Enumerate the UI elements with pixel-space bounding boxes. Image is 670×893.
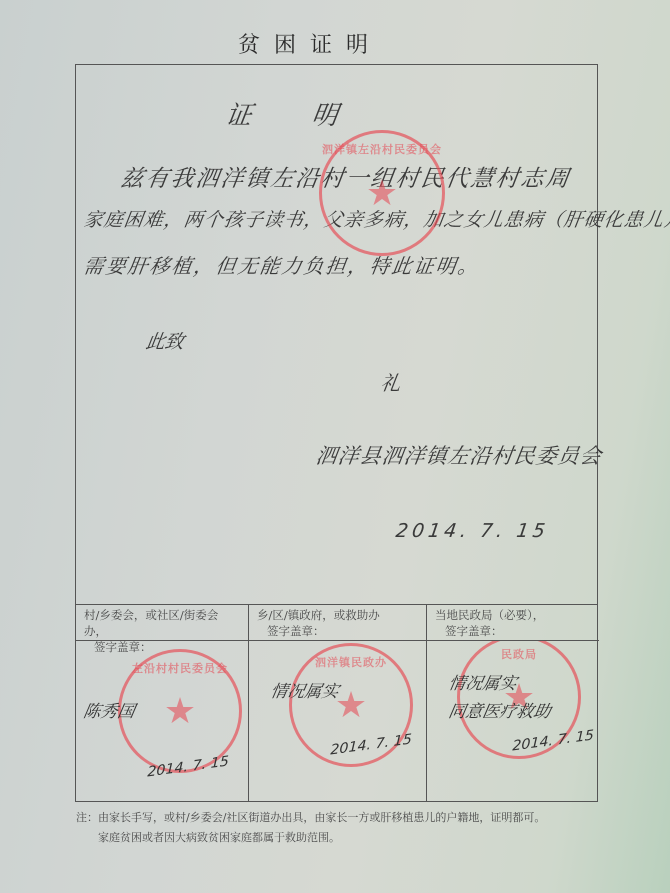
label-line-1: 村/乡委会，或社区/街委会办， <box>84 608 218 638</box>
footnote: 注：由家长手写，或村/乡委会/社区街道办出具，由家长一方或肝移植患儿的户籍地，证… <box>76 808 545 848</box>
document-title: 贫困证明 <box>0 28 620 59</box>
official-seal-main: 泗洋镇左沿村民委员会 ★ <box>319 130 445 256</box>
seal-text: 民政局 <box>460 646 578 662</box>
column-label: 村/乡委会，或社区/街委会办， 签字盖章： <box>76 605 248 641</box>
seal-text: 左沿村村民委员会 <box>121 660 239 676</box>
signature: 情况属实 <box>269 677 341 702</box>
column-label: 当地民政局（必要）， 签字盖章： <box>427 605 599 641</box>
signature: 陈秀国 <box>82 697 137 722</box>
signature-line-2: 同意医疗救助 <box>447 697 553 722</box>
footnote-line-2: 家庭贫困或者因大病致贫困家庭都属于救助范围。 <box>76 828 545 848</box>
signature-column-civil-affairs: 当地民政局（必要）， 签字盖章： 民政局 ★ 情况属实 同意医疗救助 2014.… <box>426 605 599 802</box>
seal-text: 泗洋镇民政办 <box>292 654 410 670</box>
star-icon: ★ <box>335 685 367 726</box>
handwritten-closing: 此致 <box>144 327 186 354</box>
handwritten-salutation: 礼 <box>379 367 403 396</box>
label-line-2: 签字盖章： <box>435 623 591 639</box>
handwritten-date: 2014. 7. 15 <box>394 520 550 542</box>
star-icon: ★ <box>366 173 398 214</box>
signature-column-town: 乡/区/镇政府，或救助办 签字盖章： 泗洋镇民政办 ★ 情况属实 2014. 7… <box>248 605 427 802</box>
label-line-1: 乡/区/镇政府，或救助办 <box>257 608 380 622</box>
footnote-line-1: 注：由家长手写，或村/乡委会/社区街道办出具，由家长一方或肝移植患儿的户籍地，证… <box>76 811 545 824</box>
signature-area: 民政局 ★ 情况属实 同意医疗救助 2014. 7. 15 <box>427 641 599 801</box>
label-line-2: 签字盖章： <box>257 623 419 639</box>
signature-table: 村/乡委会，或社区/街委会办， 签字盖章： 左沿村村民委员会 ★ 陈秀国 201… <box>76 604 597 802</box>
seal-text: 泗洋镇左沿村民委员会 <box>322 141 442 157</box>
star-icon: ★ <box>164 691 196 732</box>
label-line-1: 当地民政局（必要）， <box>435 608 544 622</box>
signature-column-village: 村/乡委会，或社区/街委会办， 签字盖章： 左沿村村民委员会 ★ 陈秀国 201… <box>76 605 248 802</box>
handwritten-heading: 证明 <box>223 95 400 132</box>
handwritten-issuer: 泗洋县泗洋镇左沿村民委员会 <box>314 440 604 470</box>
signature-line-1: 情况属实 <box>447 669 519 694</box>
certificate-frame: 证明 兹有我泗洋镇左沿村一组村民代慧村志周 家庭困难，两个孩子读书，父亲多病，加… <box>75 64 598 802</box>
column-label: 乡/区/镇政府，或救助办 签字盖章： <box>249 605 427 641</box>
handwritten-body-line-3: 需要肝移植，但无能力负担，特此证明。 <box>82 250 482 279</box>
signature-area: 泗洋镇民政办 ★ 情况属实 2014. 7. 15 <box>249 641 427 801</box>
signature-area: 左沿村村民委员会 ★ 陈秀国 2014. 7. 15 <box>76 641 248 801</box>
